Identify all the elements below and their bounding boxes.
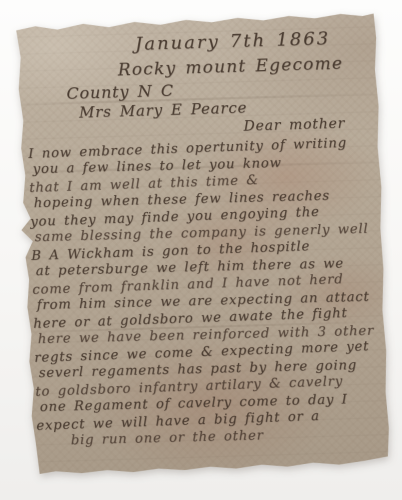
letter-paper-wrapper: January 7th 1863 Rocky mount Egecome Cou… — [9, 11, 390, 476]
letter-paper: January 7th 1863 Rocky mount Egecome Cou… — [9, 11, 390, 476]
letter-body: I now embrace this opertunity of writing… — [28, 135, 380, 451]
photo-backdrop: January 7th 1863 Rocky mount Egecome Cou… — [0, 0, 402, 500]
letter-date-line: January 7th 1863 — [135, 27, 369, 56]
letter-salutation: Dear mother — [243, 114, 370, 136]
